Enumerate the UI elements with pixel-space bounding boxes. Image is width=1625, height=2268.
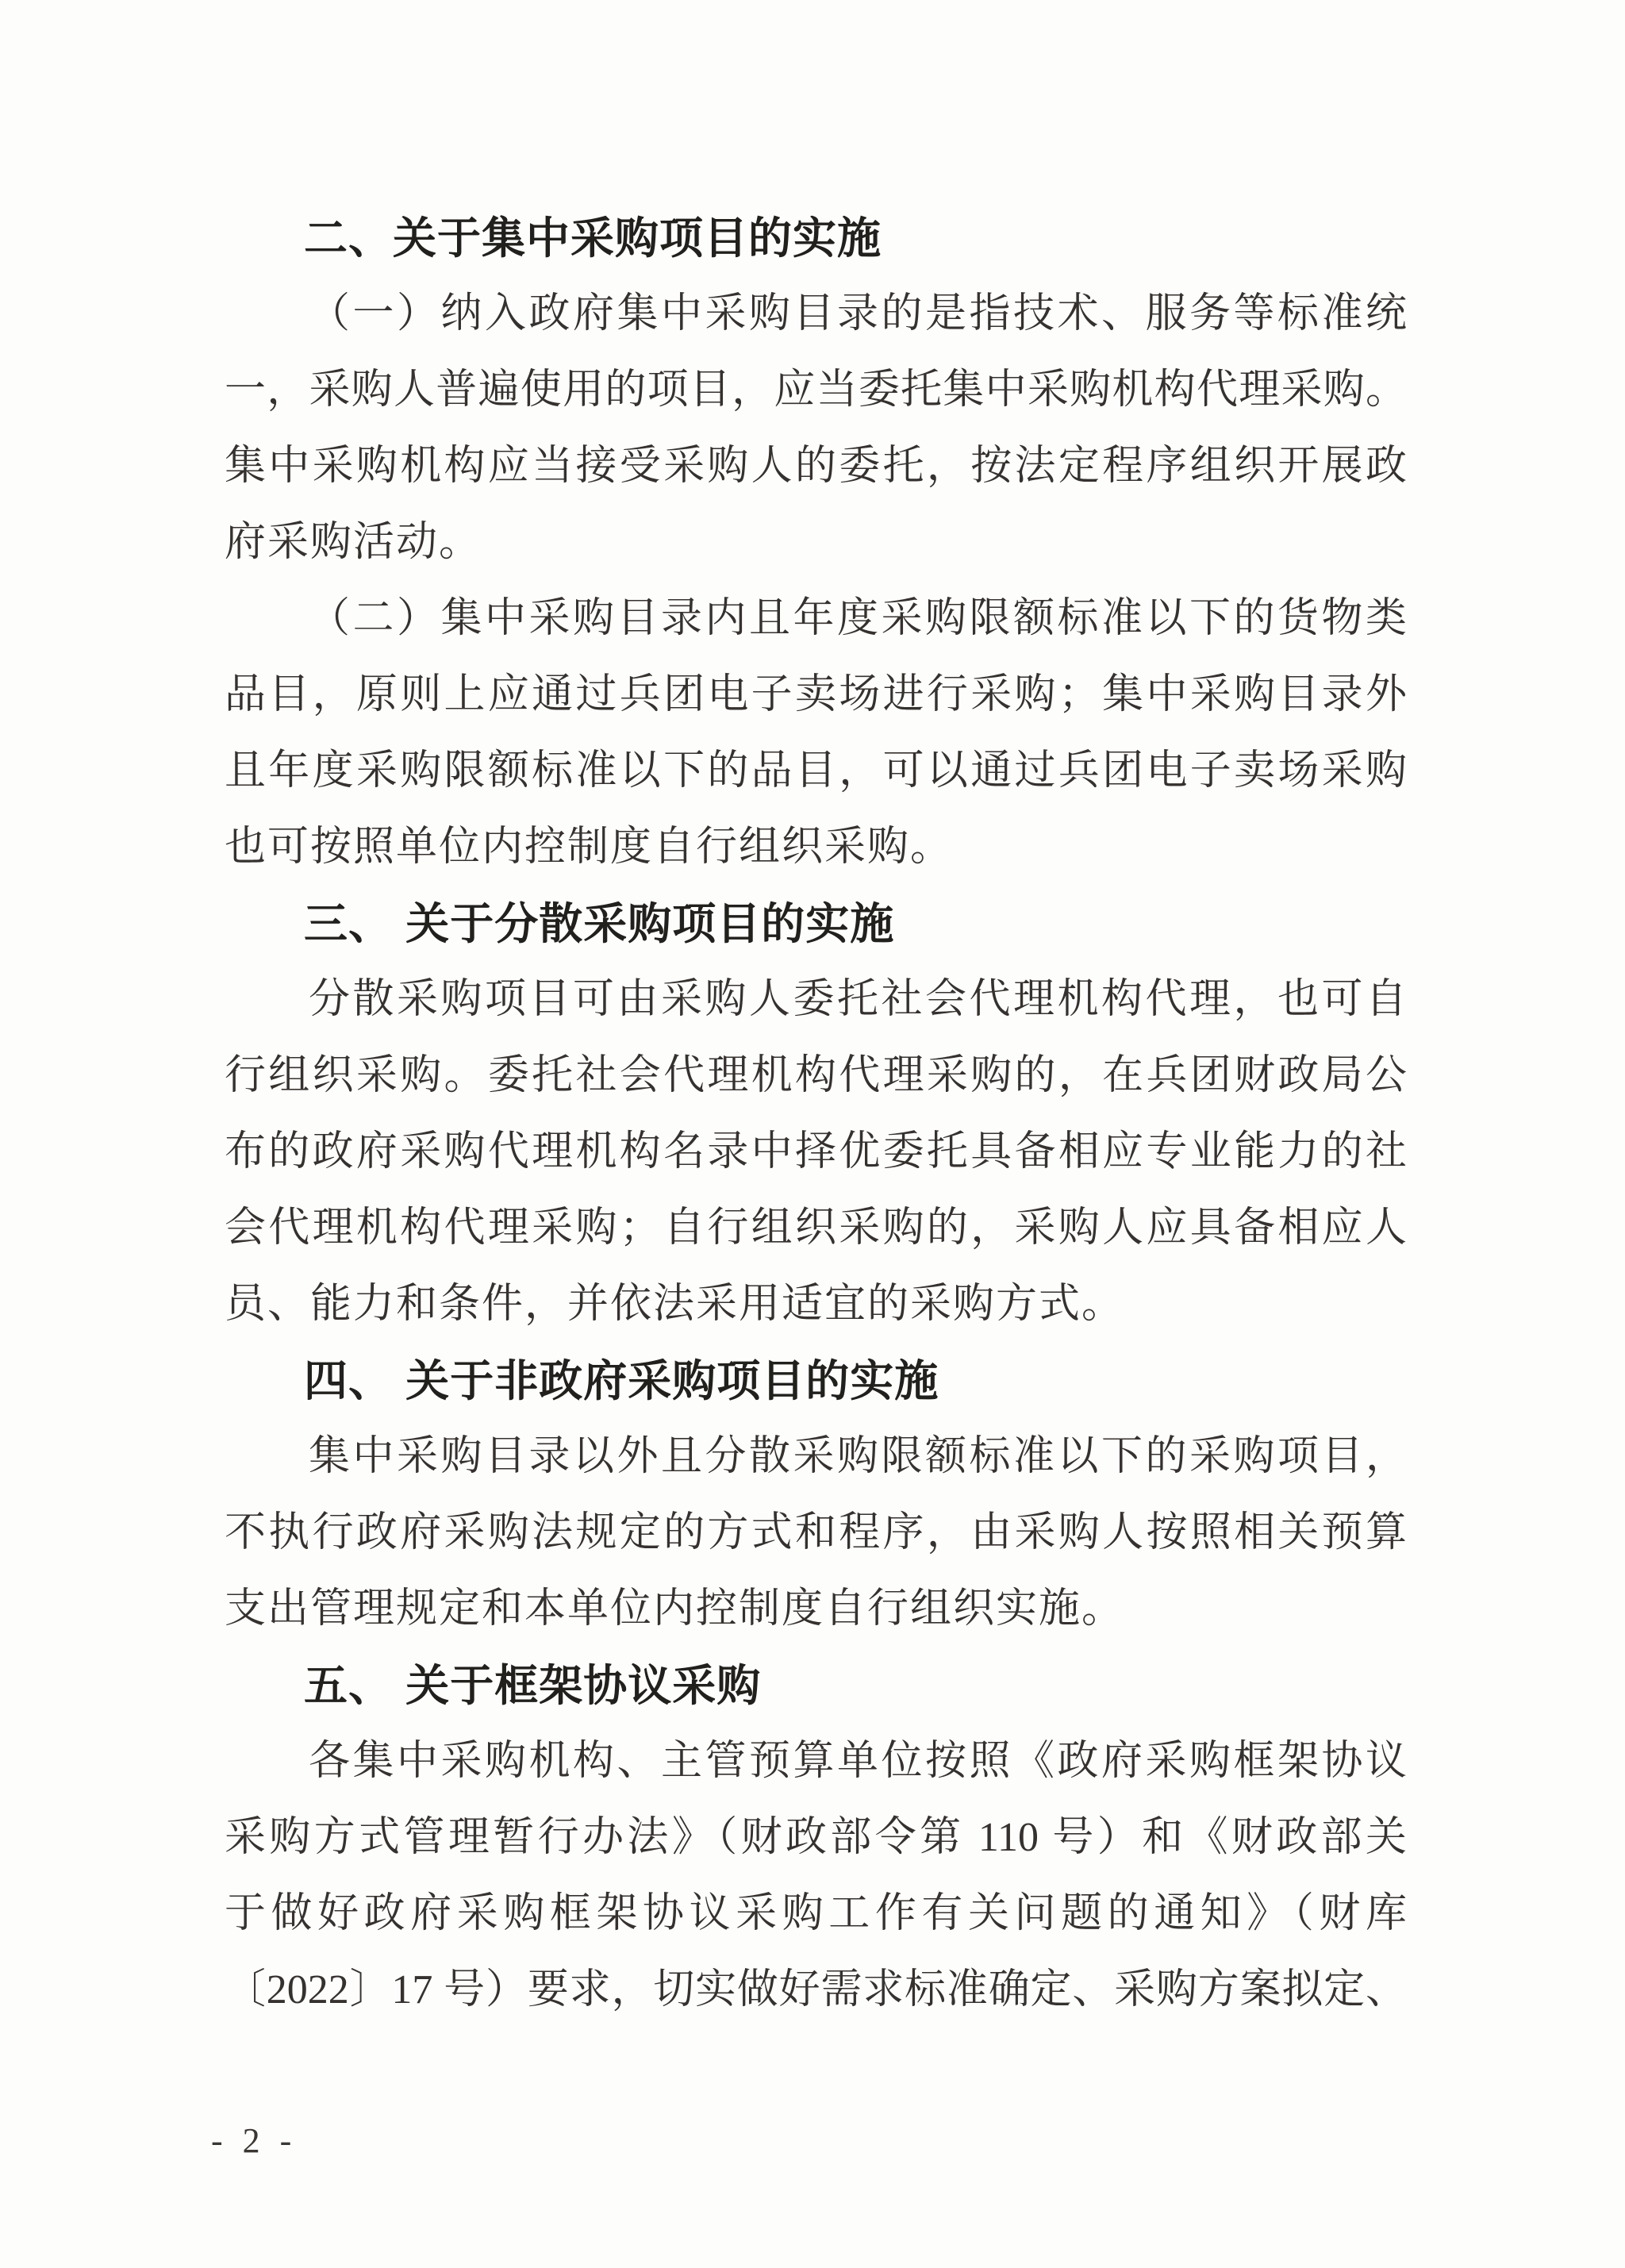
text-line: 布的政府采购代理机构名录中择优委托具备相应专业能力的社 (225, 1114, 1407, 1190)
text-line: 品目，原则上应通过兵团电子卖场进行采购；集中采购目录外 (225, 657, 1407, 733)
text-line: 行组织采购。委托社会代理机构代理采购的，在兵团财政局公 (225, 1038, 1407, 1114)
text-line: 分散采购项目可由采购人委托社会代理机构代理，也可自 (225, 962, 1407, 1038)
text-line: 支出管理规定和本单位内控制度自行组织实施。 (225, 1571, 1407, 1647)
text-line: 不执行政府采购法规定的方式和程序，由采购人按照相关预算 (225, 1495, 1407, 1571)
text-line: （二）集中采购目录内且年度采购限额标准以下的货物类 (225, 581, 1407, 657)
section-heading: 三、 关于分散采购项目的实施 (225, 886, 1407, 962)
section-heading: 二、关于集中采购项目的实施 (225, 200, 1407, 276)
text-line: 员、能力和条件，并依法采用适宜的采购方式。 (225, 1267, 1407, 1343)
section-heading: 五、 关于框架协议采购 (225, 1647, 1407, 1724)
text-line: 且年度采购限额标准以下的品目，可以通过兵团电子卖场采购 (225, 733, 1407, 809)
section-heading: 四、 关于非政府采购项目的实施 (225, 1343, 1407, 1419)
text-line: 各集中采购机构、主管预算单位按照《政府采购框架协议 (225, 1724, 1407, 1800)
text-line: 一，采购人普遍使用的项目，应当委托集中采购机构代理采购。 (225, 352, 1407, 429)
document-body: 二、关于集中采购项目的实施（一）纳入政府集中采购目录的是指技术、服务等标准统一，… (225, 200, 1407, 2028)
text-line: 也可按照单位内控制度自行组织采购。 (225, 809, 1407, 886)
text-line: 于做好政府采购框架协议采购工作有关问题的通知》（财库 (225, 1876, 1407, 1952)
document-page: 二、关于集中采购项目的实施（一）纳入政府集中采购目录的是指技术、服务等标准统一，… (0, 0, 1625, 2268)
text-line: 〔2022〕17 号）要求，切实做好需求标准确定、采购方案拟定、 (225, 1952, 1407, 2028)
text-line: 采购方式管理暂行办法》（财政部令第 110 号）和《财政部关 (225, 1800, 1407, 1876)
text-line: 会代理机构代理采购；自行组织采购的，采购人应具备相应人 (225, 1190, 1407, 1267)
page-number: - 2 - (211, 2120, 297, 2162)
text-line: 集中采购机构应当接受采购人的委托，按法定程序组织开展政 (225, 429, 1407, 505)
text-line: 府采购活动。 (225, 505, 1407, 581)
text-line: 集中采购目录以外且分散采购限额标准以下的采购项目， (225, 1419, 1407, 1495)
text-line: （一）纳入政府集中采购目录的是指技术、服务等标准统 (225, 276, 1407, 352)
